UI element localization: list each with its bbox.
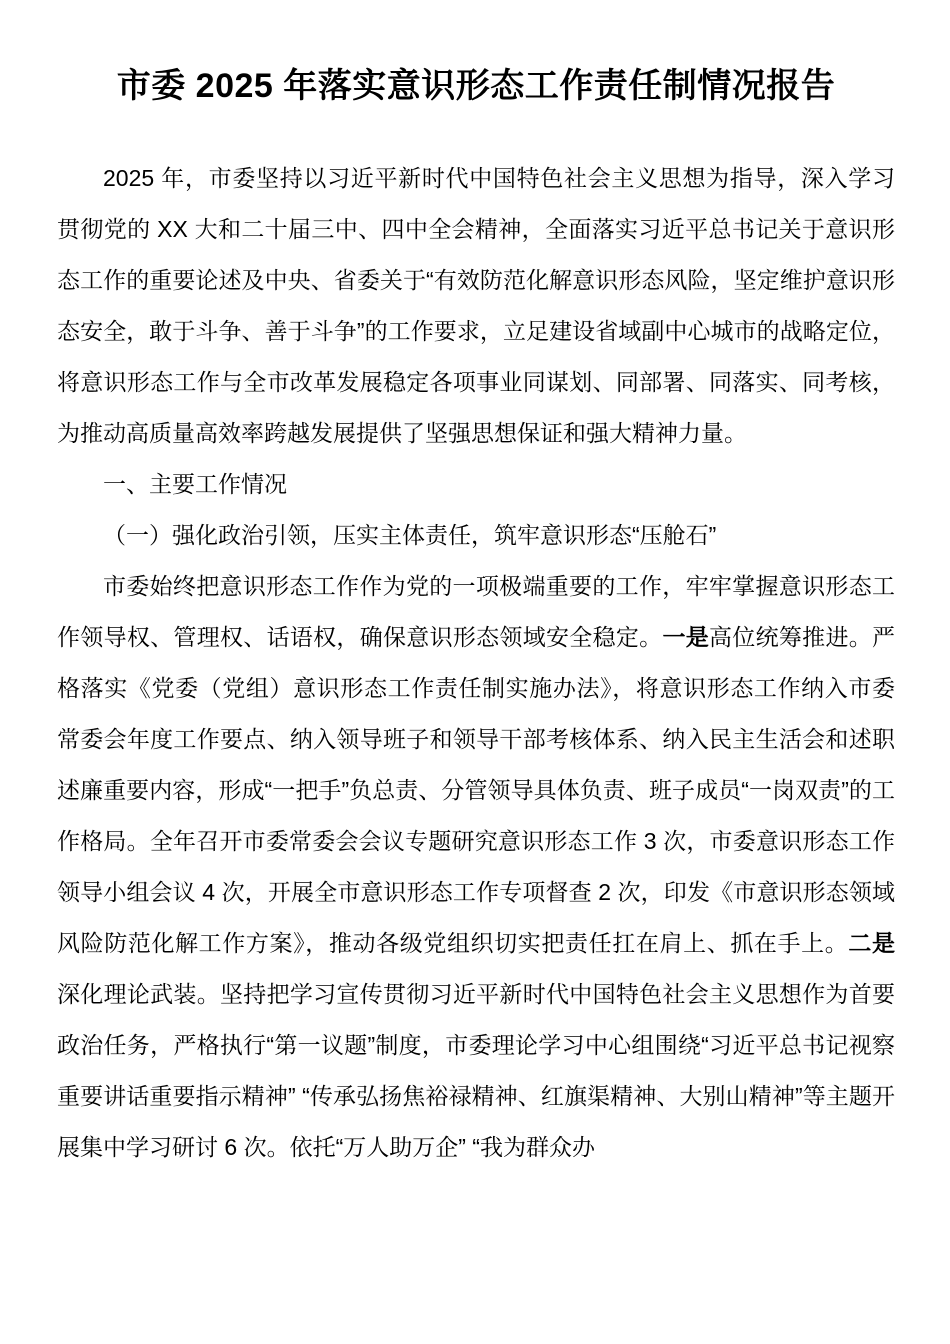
text-run-bold-first: 一是 xyxy=(662,624,709,650)
body-paragraph: 市委始终把意识形态工作作为党的一项极端重要的工作，牢牢掌握意识形态工作领导权、管… xyxy=(57,561,895,1173)
text-run: 深化理论武装。坚持把学习宣传贯彻习近平新时代中国特色社会主义思想作为首要政治任务… xyxy=(57,981,895,1160)
text-run: 高位统筹推进。严格落实《党委（党组）意识形态工作责任制实施办法》，将意识形态工作… xyxy=(57,624,895,956)
document-title: 市委 2025 年落实意识形态工作责任制情况报告 xyxy=(57,64,895,108)
section-heading-main-work: 一、主要工作情况 xyxy=(57,459,895,510)
intro-paragraph: 2025 年，市委坚持以习近平新时代中国特色社会主义思想为指导，深入学习贯彻党的… xyxy=(57,153,895,459)
subsection-heading-political-leadership: （一）强化政治引领，压实主体责任，筑牢意识形态“压舱石” xyxy=(57,510,895,561)
document-page: 市委 2025 年落实意识形态工作责任制情况报告 2025 年，市委坚持以习近平… xyxy=(0,0,950,1344)
text-run-bold-second: 二是 xyxy=(848,930,895,956)
